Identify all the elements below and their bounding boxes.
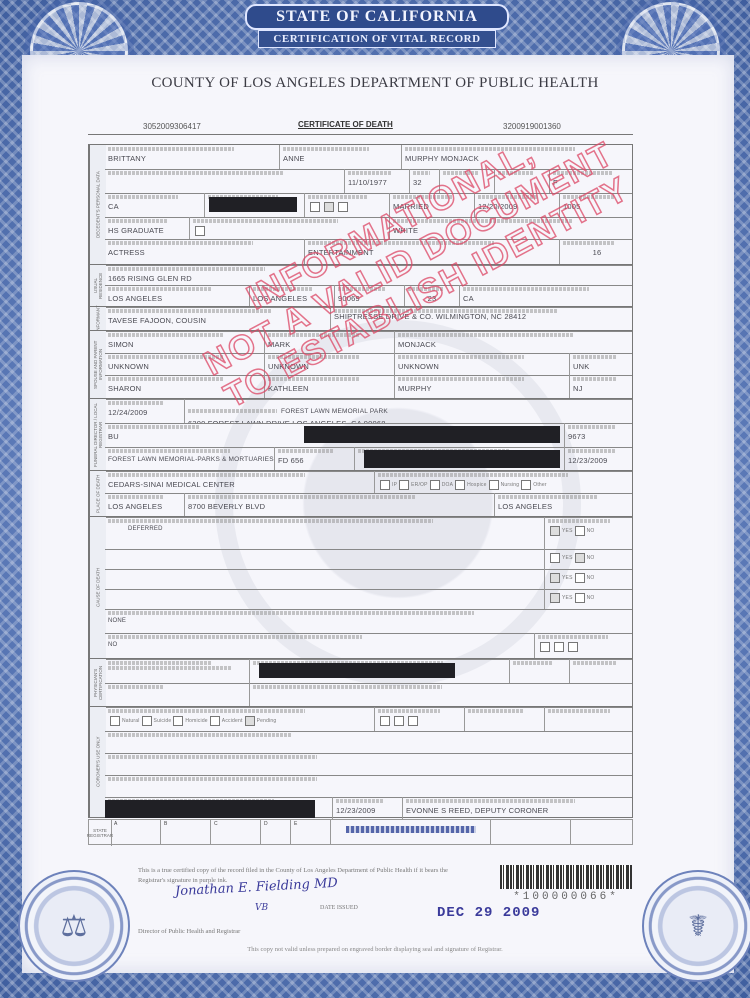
county-title: COUNTY OF LOS ANGELES DEPARTMENT OF PUBL… — [0, 75, 750, 92]
armed-forces-field — [305, 193, 390, 217]
biopsy-field: YESNO — [545, 549, 634, 569]
coroner-section: CORONER'S USE ONLY NaturalSuicideHomicid… — [88, 706, 633, 818]
under-one-year-field — [440, 169, 495, 193]
state-registrar-section: STATE REGISTRAR A B C D E — [88, 819, 633, 845]
city-field: LOS ANGELES — [105, 285, 250, 307]
redaction-bar — [304, 426, 560, 443]
registrar-code-a: A — [111, 820, 161, 844]
physician-section: PHYSICIAN'S CERTIFICATION — [88, 658, 633, 706]
hispanic-origin-field — [190, 217, 390, 239]
form-row — [105, 731, 632, 754]
physician-license-field — [510, 659, 570, 683]
county-field: LOS ANGELES — [250, 285, 335, 307]
form-row: BRITTANY ANNE MURPHY MONJACK — [105, 145, 632, 170]
registrar-code-e: E — [291, 820, 331, 844]
decedent-section: DECEDENT'S PERSONAL DATA BRITTANY ANNE M… — [88, 144, 633, 264]
occupation-field: ACTRESS — [105, 239, 305, 265]
other-conditions-field: NONE — [105, 609, 634, 633]
informant-section: INFORMANT TAVESE FAJOON, COUSIN SHIPTRES… — [88, 306, 633, 330]
age-field: 32 — [410, 169, 440, 193]
death-street-field: 8700 BEVERLY BLVD — [185, 493, 495, 517]
form-row: CEDARS-SINAI MEDICAL CENTER IPER/OPDOAHo… — [105, 471, 632, 494]
document-barcode — [500, 865, 632, 889]
cause-of-death-section: CAUSE OF DEATH DEFERRED YESNO YESNO YESN… — [88, 516, 633, 658]
section-label: SPOUSE AND PARENT INFORMATION — [89, 331, 106, 398]
injury-date-field — [465, 707, 545, 731]
date-issued-label: DATE ISSUED — [320, 905, 358, 911]
section-label: USUAL RESIDENCE — [89, 265, 106, 306]
injury-description-field — [105, 753, 634, 775]
injury-hour-field — [545, 707, 634, 731]
physician-attended-field — [105, 659, 250, 683]
registrar-code-b: B — [161, 820, 211, 844]
form-row: UNKNOWN UNKNOWN UNKNOWN UNK — [105, 353, 632, 376]
date-issued-stamp: DEC 29 2009 — [437, 905, 540, 921]
form-row: DEFERRED YESNO — [105, 517, 632, 550]
reported-to-coroner-field: YESNO — [545, 517, 634, 549]
disposition-section: FUNERAL DIRECTOR / LOCAL REGISTRAR 12/24… — [88, 398, 633, 470]
section-label: DECEDENT'S PERSONAL DATA — [89, 145, 106, 264]
cause-line-b — [105, 549, 545, 569]
street-field: 1665 RISING GLEN RD — [105, 265, 634, 285]
middle-name-field: ANNE — [280, 145, 402, 169]
years-in-county-field: 23 — [405, 285, 460, 307]
local-registration-number: 3200919001360 — [503, 122, 561, 131]
marital-status-field: MARRIED — [390, 193, 475, 217]
years-in-occupation-field: 16 — [560, 239, 634, 265]
form-row: YESNO — [105, 569, 632, 590]
disposition-place-field: FOREST LAWN MEMORIAL PARK6300 FOREST LAW… — [185, 399, 634, 423]
place-of-injury-field — [105, 731, 634, 753]
education-field: HS GRADUATE — [105, 217, 190, 239]
spouse-middle-field: MARK — [265, 331, 395, 353]
form-row: SIMON MARK MONJACK — [105, 331, 632, 354]
disposition-date-field: 12/24/2009 — [105, 399, 185, 423]
autopsy-used-field: YESNO — [545, 589, 634, 609]
autopsy-performed-field: YESNO — [545, 569, 634, 589]
certification-banner: CERTIFICATION OF VITAL RECORD — [258, 30, 496, 48]
form-row: 11/10/1977 32 F — [105, 169, 632, 194]
mother-first-field: SHARON — [105, 375, 265, 399]
barcode-number: *100000066* — [500, 891, 632, 903]
form-row: YESNO — [105, 589, 632, 610]
manner-of-death-field: NaturalSuicideHomicideAccidentPending — [105, 707, 375, 731]
death-county-field: LOS ANGELES — [105, 493, 185, 517]
aka-field — [105, 169, 345, 193]
registration-date-field: 12/23/2009 — [565, 447, 634, 471]
usual-residence-section: USUAL RESIDENCE 1665 RISING GLEN RD LOS … — [88, 264, 633, 306]
signature-initials: VB — [255, 903, 268, 913]
death-city-field: LOS ANGELES — [495, 493, 634, 517]
immediate-cause-field: DEFERRED — [105, 517, 545, 549]
state-file-number: 3052009306417 — [143, 122, 201, 131]
date-of-birth-field: 11/10/1977 — [345, 169, 410, 193]
form-row: YESNO — [105, 549, 632, 570]
form-barcode — [346, 826, 476, 833]
form-row — [105, 775, 632, 798]
injury-location-field — [105, 775, 634, 797]
father-middle-field: UNKNOWN — [265, 353, 395, 375]
father-birth-state-field: UNK — [570, 353, 634, 375]
form-row: TAVESE FAJOON, COUSIN SHIPTRESSE DRIVE &… — [105, 307, 632, 332]
census-tract-field — [571, 820, 632, 844]
hour-field: 1005 — [560, 193, 634, 217]
section-label: CORONER'S USE ONLY — [89, 707, 106, 817]
zip-field: 90069 — [335, 285, 405, 307]
coroner-name-field: EVONNE S REED, DEPUTY CORONER — [403, 797, 634, 819]
registrar-code-c: C — [211, 820, 261, 844]
section-label: CAUSE OF DEATH — [89, 517, 106, 658]
last-name-field: MURPHY MONJACK — [402, 145, 634, 169]
form-row: LOS ANGELES 8700 BEVERLY BLVD LOS ANGELE… — [105, 493, 632, 518]
facility-field: CEDARS-SINAI MEDICAL CENTER — [105, 471, 375, 493]
cause-line-c — [105, 569, 545, 589]
cause-line-d — [105, 589, 545, 609]
facility-type-field: IPER/OPDOAHospiceNursingOther — [375, 471, 634, 493]
state-registrar-label: STATE REGISTRAR — [89, 820, 112, 846]
operation-field: NO — [105, 633, 535, 659]
under-24-hours-field — [495, 169, 550, 193]
mother-birth-state-field: NJ — [570, 375, 634, 399]
physician-name-address-field — [250, 683, 634, 707]
first-name-field: BRITTANY — [105, 145, 280, 169]
father-last-field: UNKNOWN — [395, 353, 570, 375]
spouse-last-field: MONJACK — [395, 331, 634, 353]
place-of-death-section: PLACE OF DEATH CEDARS-SINAI MEDICAL CENT… — [88, 470, 633, 516]
fax-auth-field — [491, 820, 571, 844]
california-state-seal-icon: ⚖ — [18, 870, 130, 982]
business-industry-field: ENTERTAINMENT — [305, 239, 560, 265]
redaction-bar — [105, 800, 315, 818]
form-row — [105, 683, 632, 708]
form-row: NONE — [105, 609, 632, 634]
injured-at-work-field — [375, 707, 465, 731]
form-row: HS GRADUATE WHITE — [105, 217, 632, 240]
state-banner: STATE OF CALIFORNIA — [245, 4, 509, 30]
birth-state-field: CA — [105, 193, 205, 217]
director-title: Director of Public Health and Registrar — [138, 928, 240, 935]
spouse-parents-section: SPOUSE AND PARENT INFORMATION SIMON MARK… — [88, 330, 633, 398]
redaction-bar — [364, 450, 560, 468]
form-row: CA MARRIED 12/20/2009 1005 — [105, 193, 632, 218]
section-label: PLACE OF DEATH — [89, 471, 106, 516]
form-row: NO — [105, 633, 632, 660]
certificate-title: CERTIFICATE OF DEATH — [298, 120, 393, 129]
registrar-code-d: D — [261, 820, 291, 844]
mother-middle-field: KATHLEEN — [265, 375, 395, 399]
header-rule — [88, 134, 633, 135]
physician-dates-field — [105, 683, 250, 707]
form-row: NaturalSuicideHomicideAccidentPending — [105, 707, 632, 732]
form-row: ACTRESS ENTERTAINMENT 16 — [105, 239, 632, 266]
license-number-field: FD 656 — [275, 447, 355, 471]
coroner-date-field: 12/23/2009 — [333, 797, 403, 819]
race-field: WHITE — [390, 217, 634, 239]
date-of-death-field: 12/20/2009 — [475, 193, 560, 217]
form-row: SHARON KATHLEEN MURPHY NJ — [105, 375, 632, 400]
informant-name-field: TAVESE FAJOON, COUSIN — [105, 307, 331, 331]
embalmer-license-field: 9673 — [565, 423, 634, 447]
redaction-bar — [259, 663, 455, 678]
spouse-first-field: SIMON — [105, 331, 265, 353]
father-first-field: UNKNOWN — [105, 353, 265, 375]
funeral-establishment-field: FOREST LAWN MEMORIAL-PARKS & MORTUARIES — [105, 447, 275, 471]
form-row: 12/24/2009 FOREST LAWN MEMORIAL PARK6300… — [105, 399, 632, 424]
form-barcode-field — [331, 820, 491, 844]
sex-field: F — [550, 169, 634, 193]
physician-date-field — [570, 659, 634, 683]
caduceus-seal-icon: ☤ — [642, 870, 750, 982]
death-certificate-form: 3052009306417 CERTIFICATE OF DEATH 32009… — [88, 118, 633, 846]
form-row: LOS ANGELES LOS ANGELES 90069 23 CA — [105, 285, 632, 308]
section-label: INFORMANT — [89, 307, 106, 330]
informant-address-field: SHIPTRESSE DRIVE & CO. WILMINGTON, NC 28… — [331, 307, 634, 331]
redaction-bar — [209, 197, 297, 212]
pregnancy-field — [535, 633, 634, 659]
form-row: 1665 RISING GLEN RD — [105, 265, 632, 286]
section-label: PHYSICIAN'S CERTIFICATION — [89, 659, 106, 706]
mother-last-field: MURPHY — [395, 375, 570, 399]
form-row — [105, 753, 632, 776]
section-label: FUNERAL DIRECTOR / LOCAL REGISTRAR — [89, 399, 106, 470]
residence-state-field: CA — [460, 285, 634, 307]
